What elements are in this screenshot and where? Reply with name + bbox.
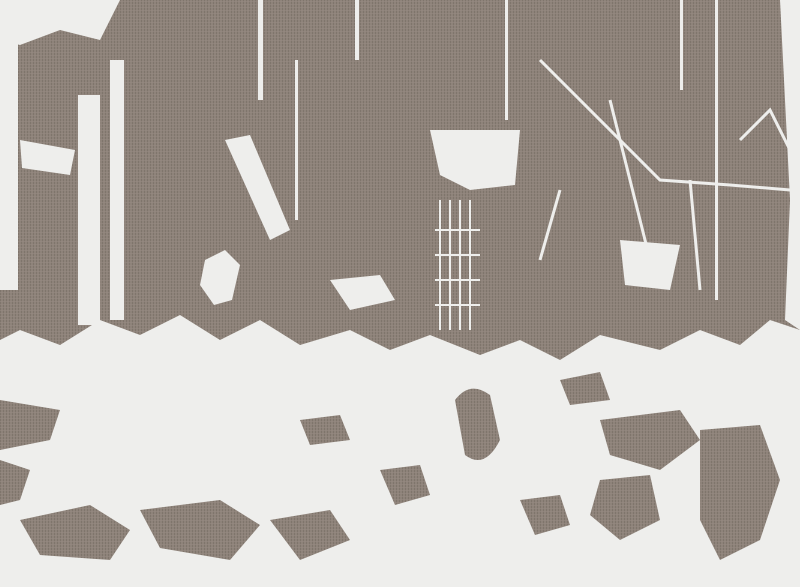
artwork bbox=[0, 0, 800, 587]
ruins-print-image bbox=[0, 0, 800, 587]
